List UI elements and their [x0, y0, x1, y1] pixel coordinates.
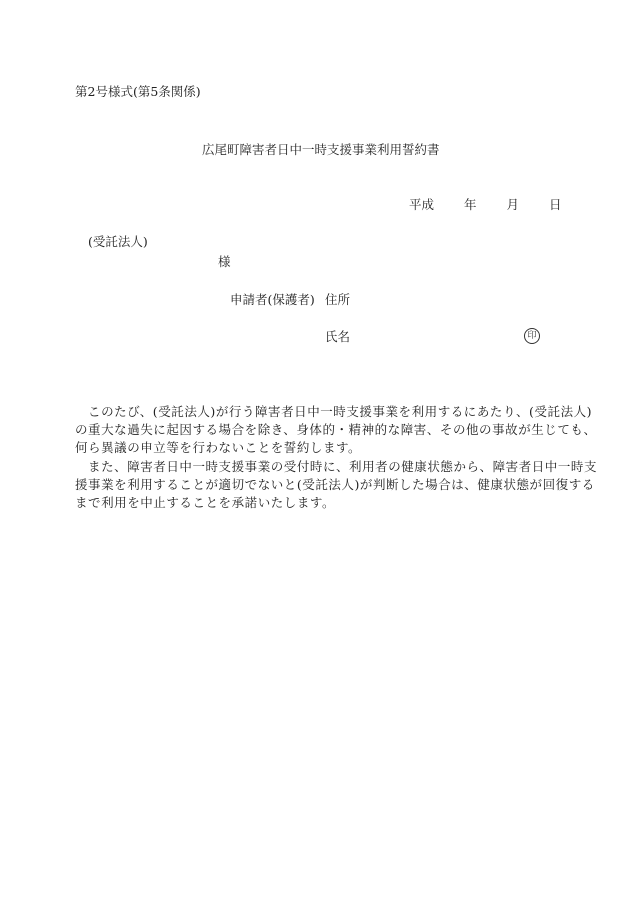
seal-icon: 印: [524, 328, 540, 344]
body-line: また、障害者日中一時支援事業の受付時に、利用者の健康状態から、障害者日中一時支: [75, 458, 559, 476]
addressee-organization: (受託法人): [88, 234, 148, 250]
date-month-label: 月: [507, 197, 520, 213]
date-era: 平成: [409, 197, 434, 213]
applicant-label: 申請者(保護者): [230, 292, 315, 308]
date-day-label: 日: [549, 197, 562, 213]
body-line: 援事業を利用することが適切でないと(受託法人)が判断した場合は、健康状態が回復す…: [75, 476, 559, 494]
body-line: 何ら異議の申立等を行わないことを誓約します。: [75, 439, 559, 457]
addressee-honorific: 様: [218, 254, 231, 270]
pledge-body: このたび、(受託法人)が行う障害者日中一時支援事業を利用するにあたり、(受託法人…: [75, 403, 559, 512]
date-line: 平成 年 月 日: [409, 197, 562, 213]
address-label: 住所: [325, 292, 350, 308]
name-label: 氏名: [325, 329, 350, 345]
body-line: まで利用を中止することを承諾いたします。: [75, 494, 559, 512]
body-line: このたび、(受託法人)が行う障害者日中一時支援事業を利用するにあたり、(受託法人…: [75, 403, 559, 421]
date-year-label: 年: [464, 197, 477, 213]
form-number: 第2号様式(第5条関係): [75, 84, 201, 100]
body-line: の重大な過失に起因する場合を除き、身体的・精神的な障害、その他の事故が生じても、: [75, 421, 559, 439]
document-title: 広尾町障害者日中一時支援事業利用誓約書: [202, 142, 440, 158]
